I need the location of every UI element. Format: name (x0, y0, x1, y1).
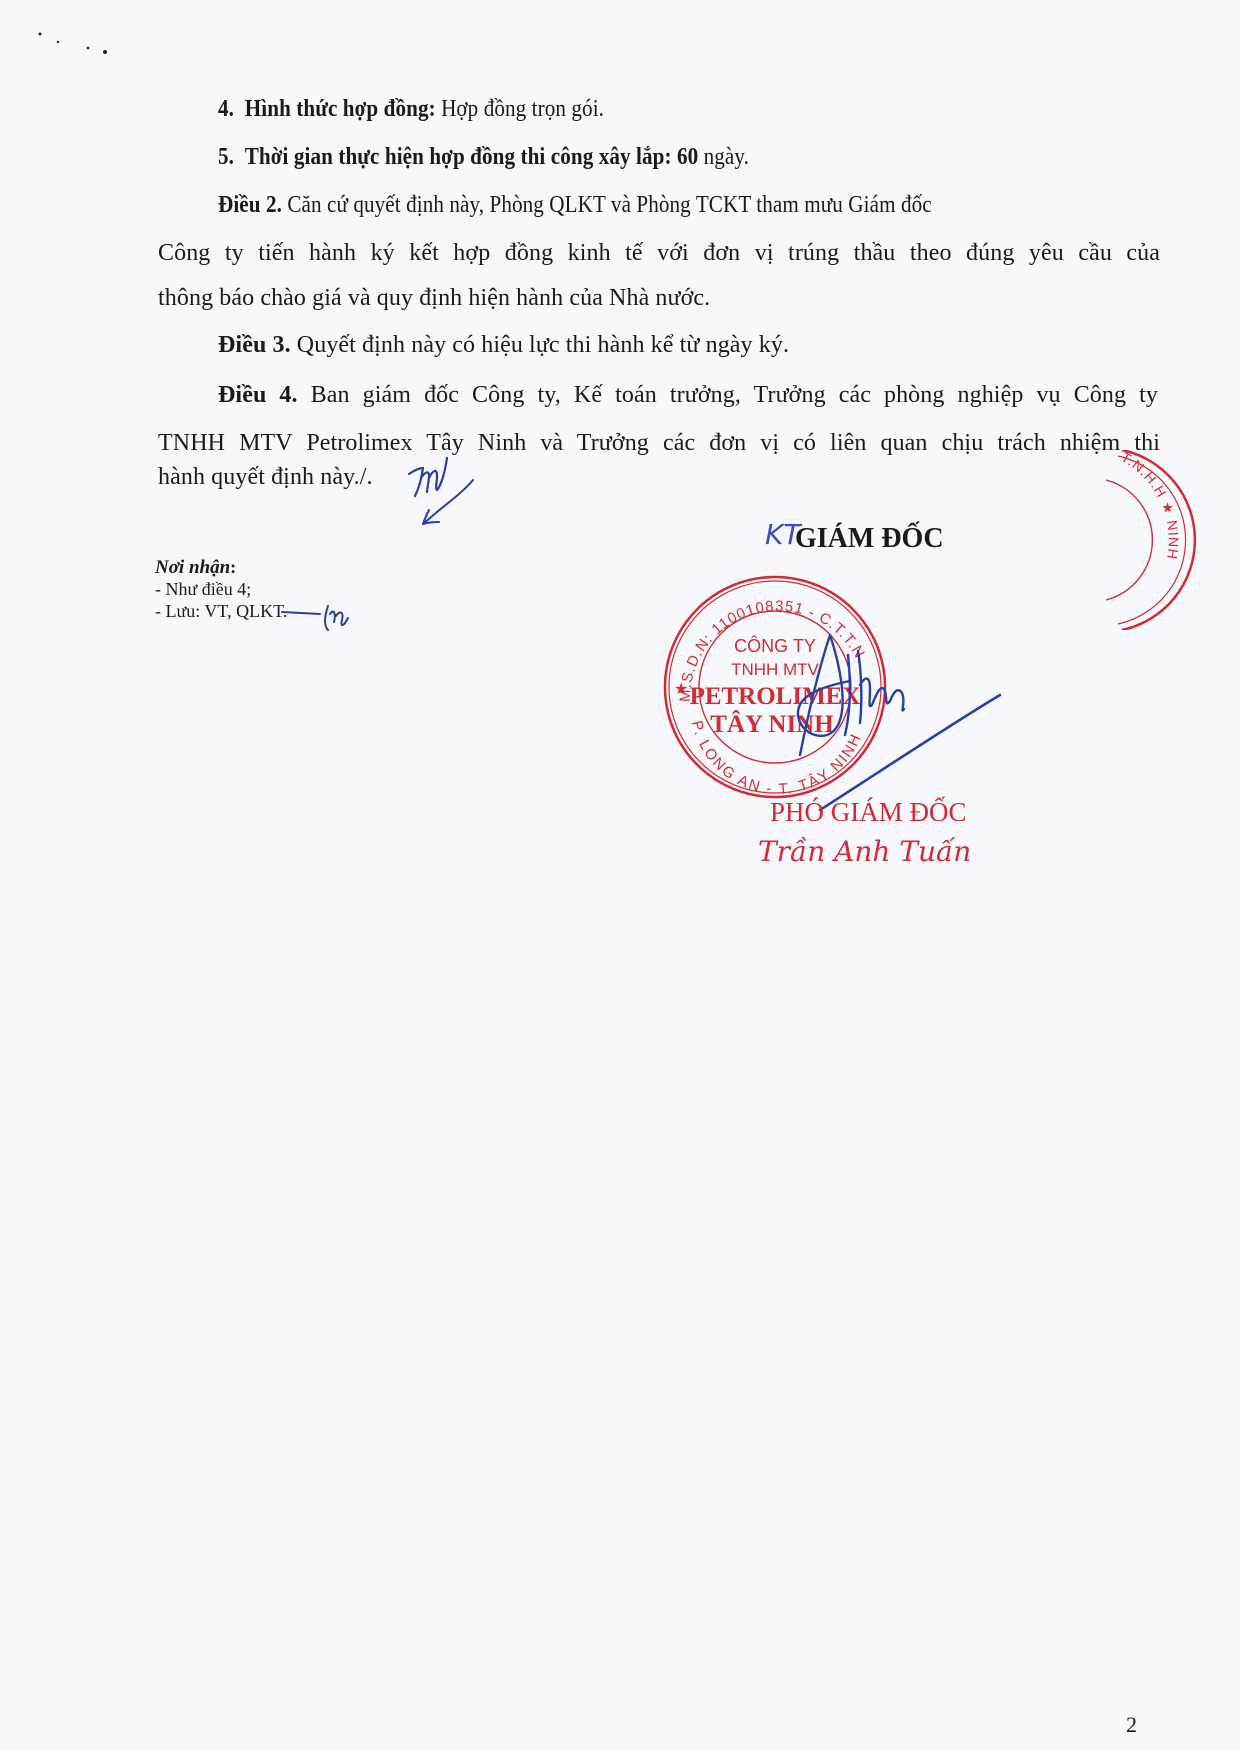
article-3-line-1: Điều 3. Quyết định này có hiệu lực thi h… (218, 330, 789, 360)
item-number: 5. (218, 144, 234, 170)
recipient-item: - Lưu: VT, QLKT. (155, 600, 287, 622)
article-4-line-3: hành quyết định này./. (158, 462, 373, 492)
article-text: Ban giám đốc Công ty, Kế toán trưởng, Tr… (298, 382, 1158, 408)
article-text: Công ty tiến hành ký kết hợp đồng kinh t… (158, 238, 1160, 268)
director-signature (790, 605, 1010, 820)
recipients-label: Nơi nhận (155, 557, 230, 578)
recipient-item: - Như điều 4; (155, 578, 251, 600)
article-heading: Điều 3. (218, 332, 291, 358)
item-label: Thời gian thực hiện hợp đồng thi công xâ… (245, 144, 699, 170)
item-construction-time: 5. Thời gian thực hiện hợp đồng thi công… (218, 142, 749, 172)
recipient-text: - Như điều 4; (155, 579, 251, 599)
item-number: 4. (218, 96, 234, 122)
article-2-line-3: thông báo chào giá và quy định hiện hành… (158, 283, 710, 313)
partial-page-stamp: T.N.H.H ★ NINH (1100, 450, 1240, 630)
item-label: Hình thức hợp đồng: (245, 96, 436, 122)
article-text: hành quyết định này./. (158, 464, 373, 490)
article-4-line-2: TNHH MTV Petrolimex Tây Ninh và Trưởng c… (158, 428, 1160, 458)
recipient-text: - Lưu: VT, QLKT. (155, 601, 287, 621)
item-value: ngày. (698, 144, 749, 170)
recipient-initials-mark (280, 600, 350, 640)
svg-text:★: ★ (674, 679, 688, 698)
article-heading: Điều 4. (218, 382, 298, 408)
article-2-line-1: Điều 2. Căn cứ quyết định này, Phòng QLK… (218, 190, 932, 220)
article-text: Quyết định này có hiệu lực thi hành kể t… (291, 332, 789, 358)
initials-handwritten-mark (405, 452, 495, 532)
scan-speck-marks (35, 28, 115, 58)
vice-director-title: PHÓ GIÁM ĐỐC (770, 797, 967, 828)
signature-title: GIÁM ĐỐC (795, 523, 944, 555)
side-stamp-text: T.N.H.H ★ NINH (1119, 450, 1182, 561)
article-text: TNHH MTV Petrolimex Tây Ninh và Trưởng c… (158, 428, 1160, 458)
item-value: Hợp đồng trọn gói. (436, 96, 604, 122)
document-page: 4. Hình thức hợp đồng: Hợp đồng trọn gói… (0, 0, 1240, 1750)
article-2-line-2: Công ty tiến hành ký kết hợp đồng kinh t… (158, 238, 1160, 268)
article-heading: Điều 2. (218, 192, 282, 218)
article-text-wrap: Điều 4. Ban giám đốc Công ty, Kế toán tr… (218, 380, 1158, 410)
article-text: Căn cứ quyết định này, Phòng QLKT và Phò… (282, 192, 932, 218)
page-number: 2 (1126, 1712, 1137, 1738)
article-text: thông báo chào giá và quy định hiện hành… (158, 285, 710, 311)
item-contract-form: 4. Hình thức hợp đồng: Hợp đồng trọn gói… (218, 94, 604, 124)
recipients-title: Nơi nhận: (155, 556, 236, 579)
recipients-colon: : (230, 557, 236, 577)
article-4-line-1: Điều 4. Ban giám đốc Công ty, Kế toán tr… (218, 380, 1158, 410)
svg-text:T.N.H.H ★ NINH: T.N.H.H ★ NINH (1119, 450, 1182, 561)
signer-name: Trần Anh Tuấn (758, 835, 971, 868)
